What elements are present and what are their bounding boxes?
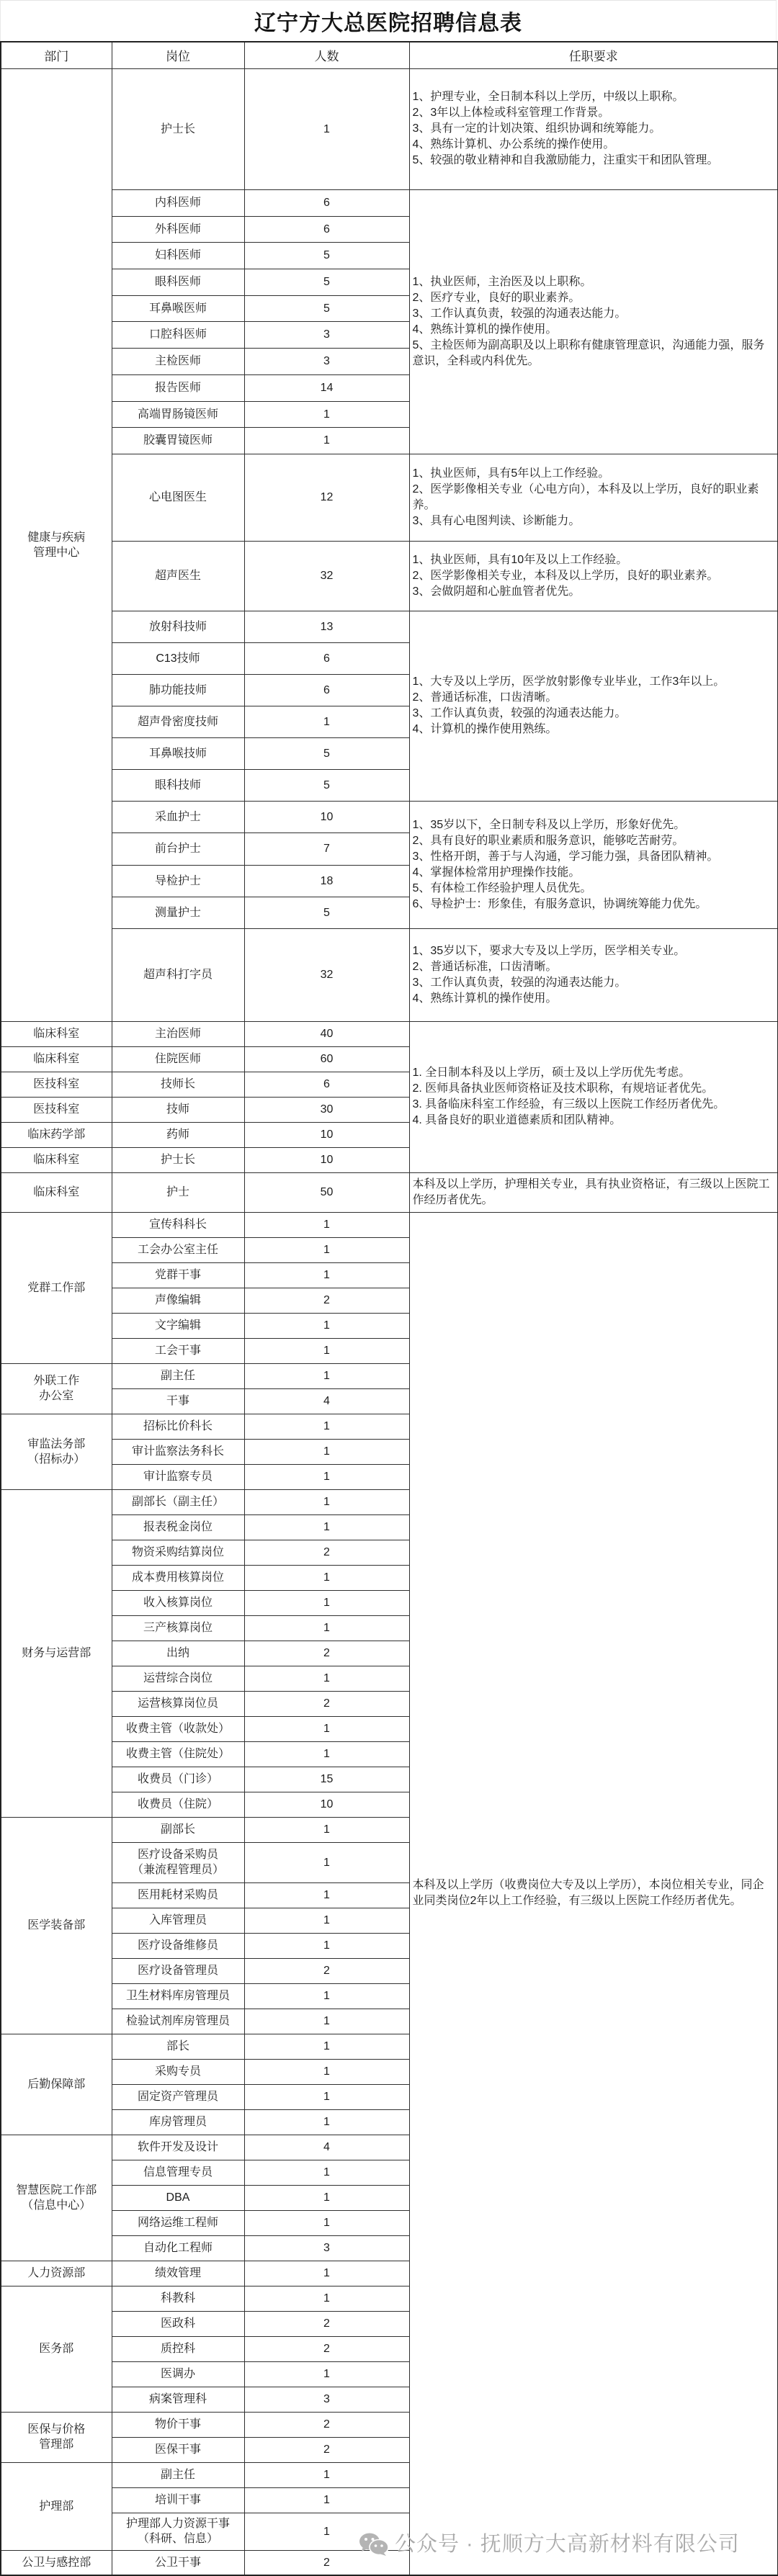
headcount-cell: 1 (244, 2513, 409, 2550)
position-cell: 信息管理专员 (112, 2160, 244, 2185)
headcount-cell: 1 (244, 1514, 409, 1540)
position-cell: 干事 (112, 1388, 244, 1414)
department-cell: 健康与疾病 管理中心 (1, 68, 112, 1021)
position-cell: 病案管理科 (112, 2387, 244, 2412)
position-cell: 技师长 (112, 1072, 244, 1097)
department-cell: 医务部 (1, 2286, 112, 2412)
header-position: 岗位 (112, 42, 244, 68)
position-cell: 医疗设备采购员 （兼流程管理员） (112, 1842, 244, 1882)
position-cell: 内科医师 (112, 189, 244, 216)
position-cell: 医调办 (112, 2361, 244, 2387)
headcount-cell: 1 (244, 1666, 409, 1691)
headcount-cell: 10 (244, 1122, 409, 1147)
position-cell: 护士长 (112, 1147, 244, 1172)
table-row: 党群工作部 宣传科科长 1 本科及以上学历（收费岗位大专及以上学历），本岗位相关… (1, 1212, 778, 1237)
department-cell: 后勤保障部 (1, 2034, 112, 2135)
position-cell: 公卫干事 (112, 2550, 244, 2575)
headcount-cell: 10 (244, 1147, 409, 1172)
position-cell: 医疗设备维修员 (112, 1933, 244, 1958)
position-cell: 医保干事 (112, 2437, 244, 2462)
headcount-cell: 1 (244, 1237, 409, 1262)
position-cell: 药师 (112, 1122, 244, 1147)
headcount-cell: 5 (244, 242, 409, 269)
headcount-cell: 6 (244, 674, 409, 706)
headcount-cell: 1 (244, 1313, 409, 1338)
position-cell: 自动化工程师 (112, 2235, 244, 2261)
headcount-cell: 2 (244, 1641, 409, 1666)
position-cell: 收入核算岗位 (112, 1590, 244, 1615)
department-cell: 临床科室 (1, 1147, 112, 1172)
position-cell: 耳鼻喉技师 (112, 737, 244, 769)
headcount-cell: 1 (244, 2286, 409, 2311)
headcount-cell: 1 (244, 706, 409, 737)
position-cell: 护理部人力资源干事 （科研、信息） (112, 2513, 244, 2550)
headcount-cell: 5 (244, 897, 409, 928)
position-cell: 文字编辑 (112, 1313, 244, 1338)
headcount-cell: 1 (244, 1262, 409, 1288)
headcount-cell: 1 (244, 2462, 409, 2487)
requirements-cell: 1、执业医师，主治医及以上职称。 2、医疗专业，良好的职业素养。 3、工作认真负… (409, 189, 778, 454)
requirements-cell: 1、大专及以上学历，医学放射影像专业毕业，工作3年以上。 2、普通话标准，口齿清… (409, 611, 778, 801)
position-cell: DBA (112, 2185, 244, 2210)
position-cell: 收费主管（收款处） (112, 1716, 244, 1741)
requirements-cell: 1、护理专业，全日制本科以上学历，中级以上职称。 2、3年以上体检或科室管理工作… (409, 68, 778, 189)
position-cell: 医用耗材采购员 (112, 1882, 244, 1908)
page-title: 辽宁方大总医院招聘信息表 (254, 10, 522, 37)
headcount-cell: 2 (244, 2311, 409, 2336)
position-cell: 导检护士 (112, 865, 244, 897)
position-cell: 眼科医师 (112, 269, 244, 295)
requirements-cell: 1、执业医师，具有5年以上工作经验。 2、医学影像相关专业（心电方向），本科及以… (409, 454, 778, 541)
table-row: 采血护士 10 1、35岁以下，全日制专科及以上学历，形象好优先。 2、具有良好… (1, 801, 778, 833)
headcount-cell: 7 (244, 833, 409, 865)
headcount-cell: 3 (244, 2387, 409, 2412)
position-cell: 软件开发及设计 (112, 2135, 244, 2160)
headcount-cell: 6 (244, 189, 409, 216)
position-cell: 副主任 (112, 1363, 244, 1388)
headcount-cell: 1 (244, 2034, 409, 2059)
department-cell: 医学装备部 (1, 1817, 112, 2034)
table-row: 临床科室 护士 50 本科及以上学历，护理相关专业，具有执业资格证，有三级以上医… (1, 1172, 778, 1212)
position-cell: 副部长（副主任） (112, 1489, 244, 1514)
position-cell: 工会办公室主任 (112, 1237, 244, 1262)
position-cell: 采血护士 (112, 801, 244, 833)
requirements-cell: 1. 全日制本科及以上学历，硕士及以上学历优先考虑。 2. 医师具备执业医师资格… (409, 1021, 778, 1172)
department-cell: 医保与价格 管理部 (1, 2412, 112, 2462)
position-cell: 入库管理员 (112, 1908, 244, 1933)
position-cell: 成本费用核算岗位 (112, 1565, 244, 1590)
headcount-cell: 2 (244, 1540, 409, 1565)
headcount-cell: 6 (244, 642, 409, 674)
headcount-cell: 2 (244, 2412, 409, 2437)
header-requirements: 任职要求 (409, 42, 778, 68)
position-cell: 副主任 (112, 2462, 244, 2487)
position-cell: 运营核算岗位员 (112, 1691, 244, 1716)
position-cell: 采购专员 (112, 2059, 244, 2084)
position-cell: 眼科技师 (112, 769, 244, 801)
position-cell: 库房管理员 (112, 2109, 244, 2135)
headcount-cell: 18 (244, 865, 409, 897)
headcount-cell: 2 (244, 1691, 409, 1716)
headcount-cell: 1 (244, 1212, 409, 1237)
headcount-cell: 1 (244, 2059, 409, 2084)
requirements-cell: 1、35岁以下，要求大专及以上学历，医学相关专业。 2、普通话标准，口齿清晰。 … (409, 928, 778, 1021)
recruitment-sheet: 辽宁方大总医院招聘信息表 部门 岗位 人数 任职要求 健康与疾病 管理中心 护士… (0, 0, 778, 2576)
headcount-cell: 30 (244, 1097, 409, 1122)
position-cell: 耳鼻喉医师 (112, 295, 244, 321)
title-area: 辽宁方大总医院招聘信息表 (0, 0, 777, 41)
department-cell: 临床科室 (1, 1172, 112, 1212)
position-cell: 技师 (112, 1097, 244, 1122)
position-cell: 绩效管理 (112, 2261, 244, 2286)
position-cell: 报告医师 (112, 374, 244, 401)
position-cell: 副部长 (112, 1817, 244, 1842)
position-cell: 三产核算岗位 (112, 1615, 244, 1641)
department-cell: 医技科室 (1, 1072, 112, 1097)
headcount-cell: 10 (244, 1792, 409, 1817)
header-headcount: 人数 (244, 42, 409, 68)
headcount-cell: 10 (244, 801, 409, 833)
headcount-cell: 2 (244, 1288, 409, 1313)
position-cell: 工会干事 (112, 1338, 244, 1363)
headcount-cell: 1 (244, 1363, 409, 1388)
headcount-cell: 1 (244, 1842, 409, 1882)
position-cell: 收费主管（住院处） (112, 1741, 244, 1767)
position-cell: 测量护士 (112, 897, 244, 928)
position-cell: 超声医生 (112, 541, 244, 611)
headcount-cell: 32 (244, 541, 409, 611)
headcount-cell: 1 (244, 1716, 409, 1741)
position-cell: 物资采购结算岗位 (112, 1540, 244, 1565)
position-cell: 部长 (112, 2034, 244, 2059)
headcount-cell: 1 (244, 1615, 409, 1641)
position-cell: 党群干事 (112, 1262, 244, 1288)
requirements-cell: 本科及以上学历，护理相关专业，具有执业资格证，有三级以上医院工作经历者优先。 (409, 1172, 778, 1212)
headcount-cell: 1 (244, 401, 409, 427)
position-cell: 主治医师 (112, 1021, 244, 1046)
requirements-cell: 1、执业医师，具有10年及以上工作经验。 2、医学影像相关专业，本科及以上学历，… (409, 541, 778, 611)
headcount-cell: 5 (244, 295, 409, 321)
headcount-cell: 15 (244, 1767, 409, 1792)
position-cell: 收费员（门诊） (112, 1767, 244, 1792)
position-cell: 固定资产管理员 (112, 2084, 244, 2109)
position-cell: 医政科 (112, 2311, 244, 2336)
position-cell: 网络运维工程师 (112, 2210, 244, 2235)
position-cell: 宣传科科长 (112, 1212, 244, 1237)
headcount-cell: 1 (244, 2084, 409, 2109)
headcount-cell: 1 (244, 427, 409, 454)
position-cell: 审计监察专员 (112, 1464, 244, 1489)
position-cell: 检验试剂库房管理员 (112, 2009, 244, 2034)
position-cell: 主检医师 (112, 348, 244, 374)
table-row: 超声医生 32 1、执业医师，具有10年及以上工作经验。 2、医学影像相关专业，… (1, 541, 778, 611)
department-cell: 临床科室 (1, 1021, 112, 1046)
table-row: 健康与疾病 管理中心 护士长 1 1、护理专业，全日制本科以上学历，中级以上职称… (1, 68, 778, 189)
position-cell: 妇科医师 (112, 242, 244, 269)
headcount-cell: 6 (244, 1072, 409, 1097)
headcount-cell: 40 (244, 1021, 409, 1046)
headcount-cell: 2 (244, 2336, 409, 2361)
position-cell: 外科医师 (112, 216, 244, 242)
headcount-cell: 12 (244, 454, 409, 541)
headcount-cell: 5 (244, 737, 409, 769)
position-cell: 声像编辑 (112, 1288, 244, 1313)
headcount-cell: 1 (244, 1439, 409, 1464)
headcount-cell: 1 (244, 1489, 409, 1514)
department-cell: 医技科室 (1, 1097, 112, 1122)
table-row: 临床科室 主治医师 40 1. 全日制本科及以上学历，硕士及以上学历优先考虑。 … (1, 1021, 778, 1046)
position-cell: 招标比价科长 (112, 1414, 244, 1439)
position-cell: 物价干事 (112, 2412, 244, 2437)
position-cell: 医疗设备管理员 (112, 1958, 244, 1983)
table-row: 心电图医生 12 1、执业医师，具有5年以上工作经验。 2、医学影像相关专业（心… (1, 454, 778, 541)
requirements-cell: 本科及以上学历（收费岗位大专及以上学历），本岗位相关专业，同企业同类岗位2年以上… (409, 1212, 778, 2575)
headcount-cell: 1 (244, 1933, 409, 1958)
headcount-cell: 14 (244, 374, 409, 401)
headcount-cell: 1 (244, 1590, 409, 1615)
headcount-cell: 1 (244, 1882, 409, 1908)
position-cell: 科教科 (112, 2286, 244, 2311)
headcount-cell: 1 (244, 2487, 409, 2513)
position-cell: 培训干事 (112, 2487, 244, 2513)
position-cell: 质控科 (112, 2336, 244, 2361)
position-cell: 收费员（住院） (112, 1792, 244, 1817)
headcount-cell: 32 (244, 928, 409, 1021)
department-cell: 智慧医院工作部 （信息中心） (1, 2135, 112, 2261)
department-cell: 外联工作 办公室 (1, 1363, 112, 1414)
position-cell: 出纳 (112, 1641, 244, 1666)
table-row: 超声科打字员 32 1、35岁以下，要求大专及以上学历，医学相关专业。 2、普通… (1, 928, 778, 1021)
headcount-cell: 1 (244, 1565, 409, 1590)
headcount-cell: 1 (244, 2109, 409, 2135)
requirements-cell: 1、35岁以下，全日制专科及以上学历，形象好优先。 2、具有良好的职业素质和服务… (409, 801, 778, 928)
recruitment-table: 部门 岗位 人数 任职要求 健康与疾病 管理中心 护士长 1 1、护理专业，全日… (0, 41, 778, 2576)
department-cell: 临床科室 (1, 1046, 112, 1072)
headcount-cell: 1 (244, 68, 409, 189)
position-cell: C13技师 (112, 642, 244, 674)
department-cell: 审监法务部 （招标办） (1, 1414, 112, 1489)
headcount-cell: 1 (244, 1464, 409, 1489)
headcount-cell: 2 (244, 2550, 409, 2575)
headcount-cell: 2 (244, 1958, 409, 1983)
table-row: 放射科技师 13 1、大专及以上学历，医学放射影像专业毕业，工作3年以上。 2、… (1, 611, 778, 642)
headcount-cell: 60 (244, 1046, 409, 1072)
headcount-cell: 1 (244, 2160, 409, 2185)
position-cell: 护士 (112, 1172, 244, 1212)
position-cell: 口腔科医师 (112, 321, 244, 348)
headcount-cell: 50 (244, 1172, 409, 1212)
department-cell: 财务与运营部 (1, 1489, 112, 1817)
headcount-cell: 4 (244, 1388, 409, 1414)
position-cell: 报表税金岗位 (112, 1514, 244, 1540)
headcount-cell: 2 (244, 2437, 409, 2462)
table-row: 内科医师 6 1、执业医师，主治医及以上职称。 2、医疗专业，良好的职业素养。 … (1, 189, 778, 216)
department-cell: 公卫与感控部 (1, 2550, 112, 2575)
position-cell: 胶囊胃镜医师 (112, 427, 244, 454)
department-cell: 护理部 (1, 2462, 112, 2550)
headcount-cell: 4 (244, 2135, 409, 2160)
position-cell: 卫生材料库房管理员 (112, 1983, 244, 2009)
position-cell: 超声骨密度技师 (112, 706, 244, 737)
header-row: 部门 岗位 人数 任职要求 (1, 42, 778, 68)
header-department: 部门 (1, 42, 112, 68)
headcount-cell: 1 (244, 1414, 409, 1439)
position-cell: 住院医师 (112, 1046, 244, 1072)
headcount-cell: 1 (244, 1908, 409, 1933)
headcount-cell: 1 (244, 1817, 409, 1842)
headcount-cell: 6 (244, 216, 409, 242)
headcount-cell: 1 (244, 2009, 409, 2034)
position-cell: 审计监察法务科长 (112, 1439, 244, 1464)
headcount-cell: 5 (244, 269, 409, 295)
headcount-cell: 5 (244, 769, 409, 801)
position-cell: 肺功能技师 (112, 674, 244, 706)
department-cell: 临床药学部 (1, 1122, 112, 1147)
headcount-cell: 1 (244, 2361, 409, 2387)
headcount-cell: 3 (244, 348, 409, 374)
headcount-cell: 1 (244, 2261, 409, 2286)
headcount-cell: 1 (244, 1338, 409, 1363)
headcount-cell: 1 (244, 1983, 409, 2009)
headcount-cell: 3 (244, 2235, 409, 2261)
headcount-cell: 1 (244, 2210, 409, 2235)
position-cell: 前台护士 (112, 833, 244, 865)
headcount-cell: 3 (244, 321, 409, 348)
headcount-cell: 1 (244, 1741, 409, 1767)
department-cell: 人力资源部 (1, 2261, 112, 2286)
position-cell: 放射科技师 (112, 611, 244, 642)
position-cell: 超声科打字员 (112, 928, 244, 1021)
headcount-cell: 13 (244, 611, 409, 642)
department-cell: 党群工作部 (1, 1212, 112, 1363)
position-cell: 心电图医生 (112, 454, 244, 541)
position-cell: 运营综合岗位 (112, 1666, 244, 1691)
position-cell: 高端胃肠镜医师 (112, 401, 244, 427)
position-cell: 护士长 (112, 68, 244, 189)
headcount-cell: 1 (244, 2185, 409, 2210)
